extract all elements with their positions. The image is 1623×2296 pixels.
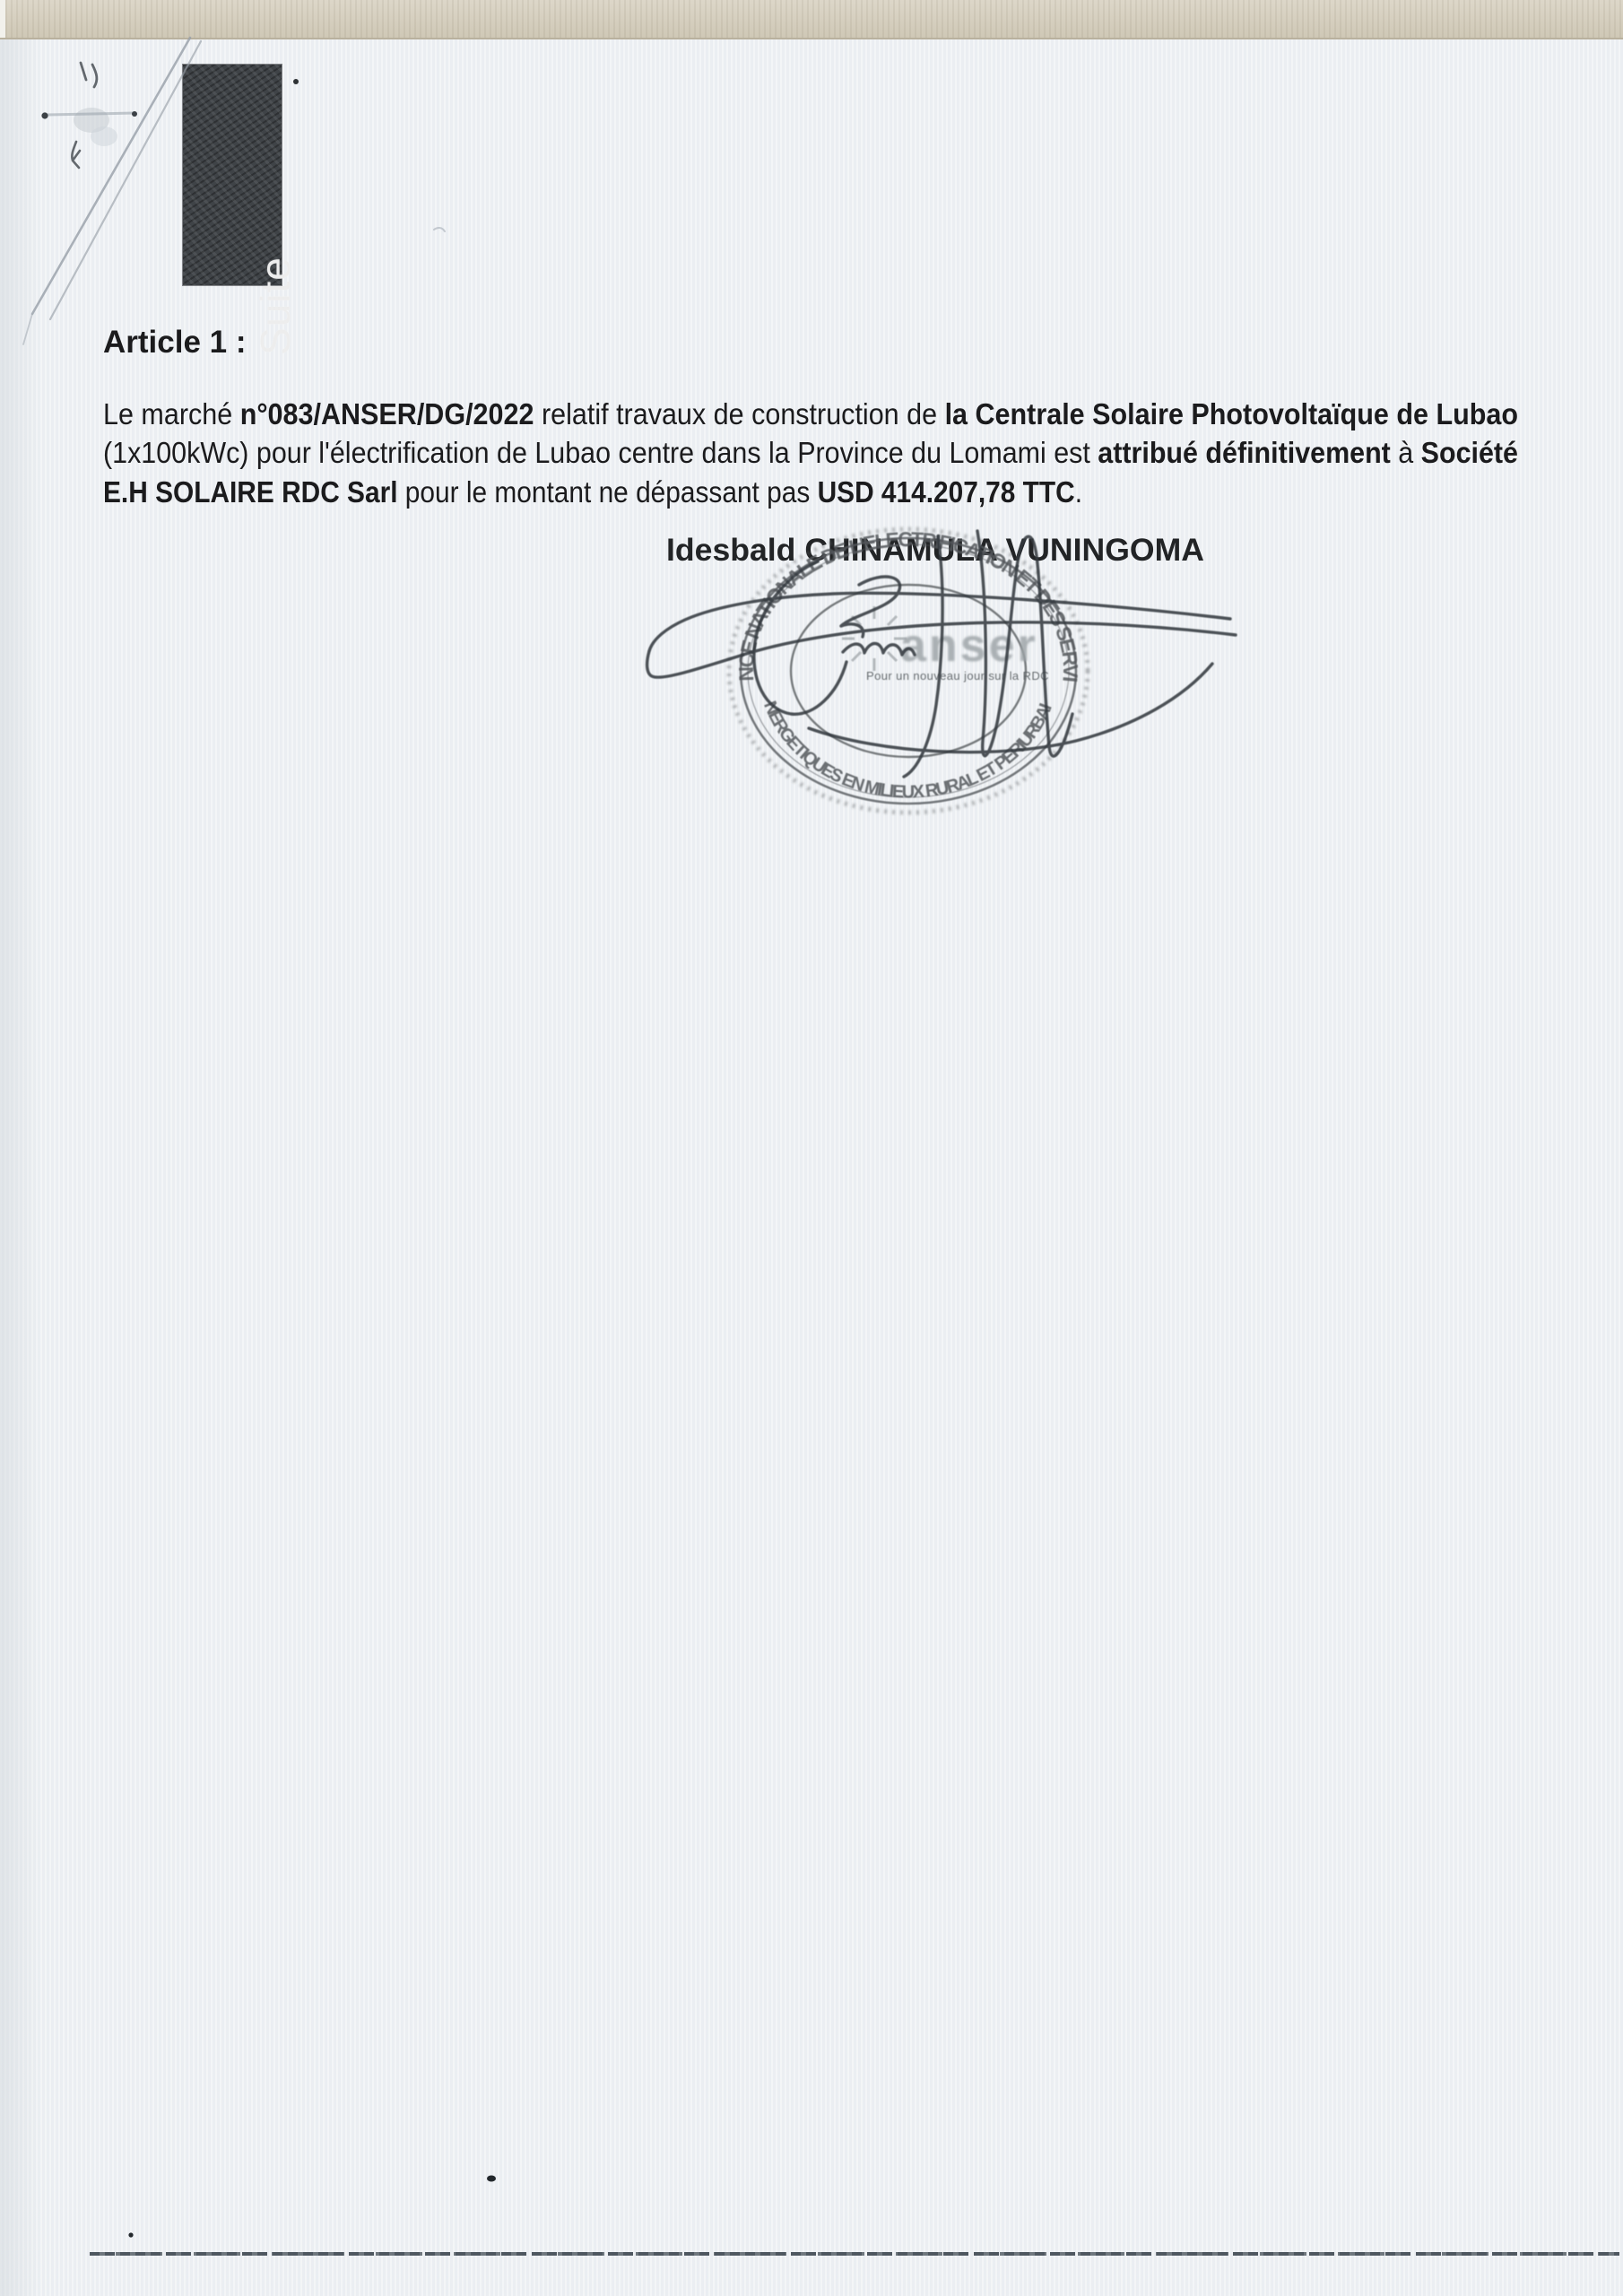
suite-stamp-label: Suite	[251, 257, 299, 355]
text-segment: attribué définitivement	[1098, 436, 1391, 469]
text-segment: E.H SOLAIRE RDC Sarl	[103, 475, 398, 509]
contract-paragraph-line: E.H SOLAIRE RDC Sarl pour le montant ne …	[103, 473, 1082, 512]
signatory-name: Idesbald CHINAMULA VUNINGOMA	[666, 533, 1204, 569]
contract-paragraph-line: Le marché n°083/ANSER/DG/2022 relatif tr…	[103, 395, 1518, 434]
text-segment: n°083/ANSER/DG/2022	[240, 397, 534, 430]
text-segment: .	[1075, 475, 1082, 509]
text-segment: à	[1391, 436, 1421, 469]
scanned-document-page: { "document": { "continuation_stamp": "S…	[0, 0, 1623, 2296]
text-segment: la Centrale Solaire Photovoltaïque de Lu…	[945, 397, 1518, 430]
text-segment: (1x100kWc) pour l'électrification de Lub…	[103, 436, 1098, 469]
article-heading: Article 1 :	[103, 325, 247, 361]
text-segment: relatif travaux de construction de	[534, 397, 944, 430]
contract-paragraph-line: (1x100kWc) pour l'électrification de Lub…	[103, 433, 1518, 473]
perforation-dashed-line	[90, 2252, 1619, 2256]
text-segment: Société	[1421, 436, 1518, 469]
suite-continuation-stamp: Suite	[183, 65, 282, 285]
text-segment: pour le montant ne dépassant pas	[398, 475, 818, 509]
text-segment: USD 414.207,78 TTC	[818, 475, 1075, 509]
scanner-edge-strip	[0, 0, 1623, 39]
text-segment: Le marché	[103, 397, 240, 430]
